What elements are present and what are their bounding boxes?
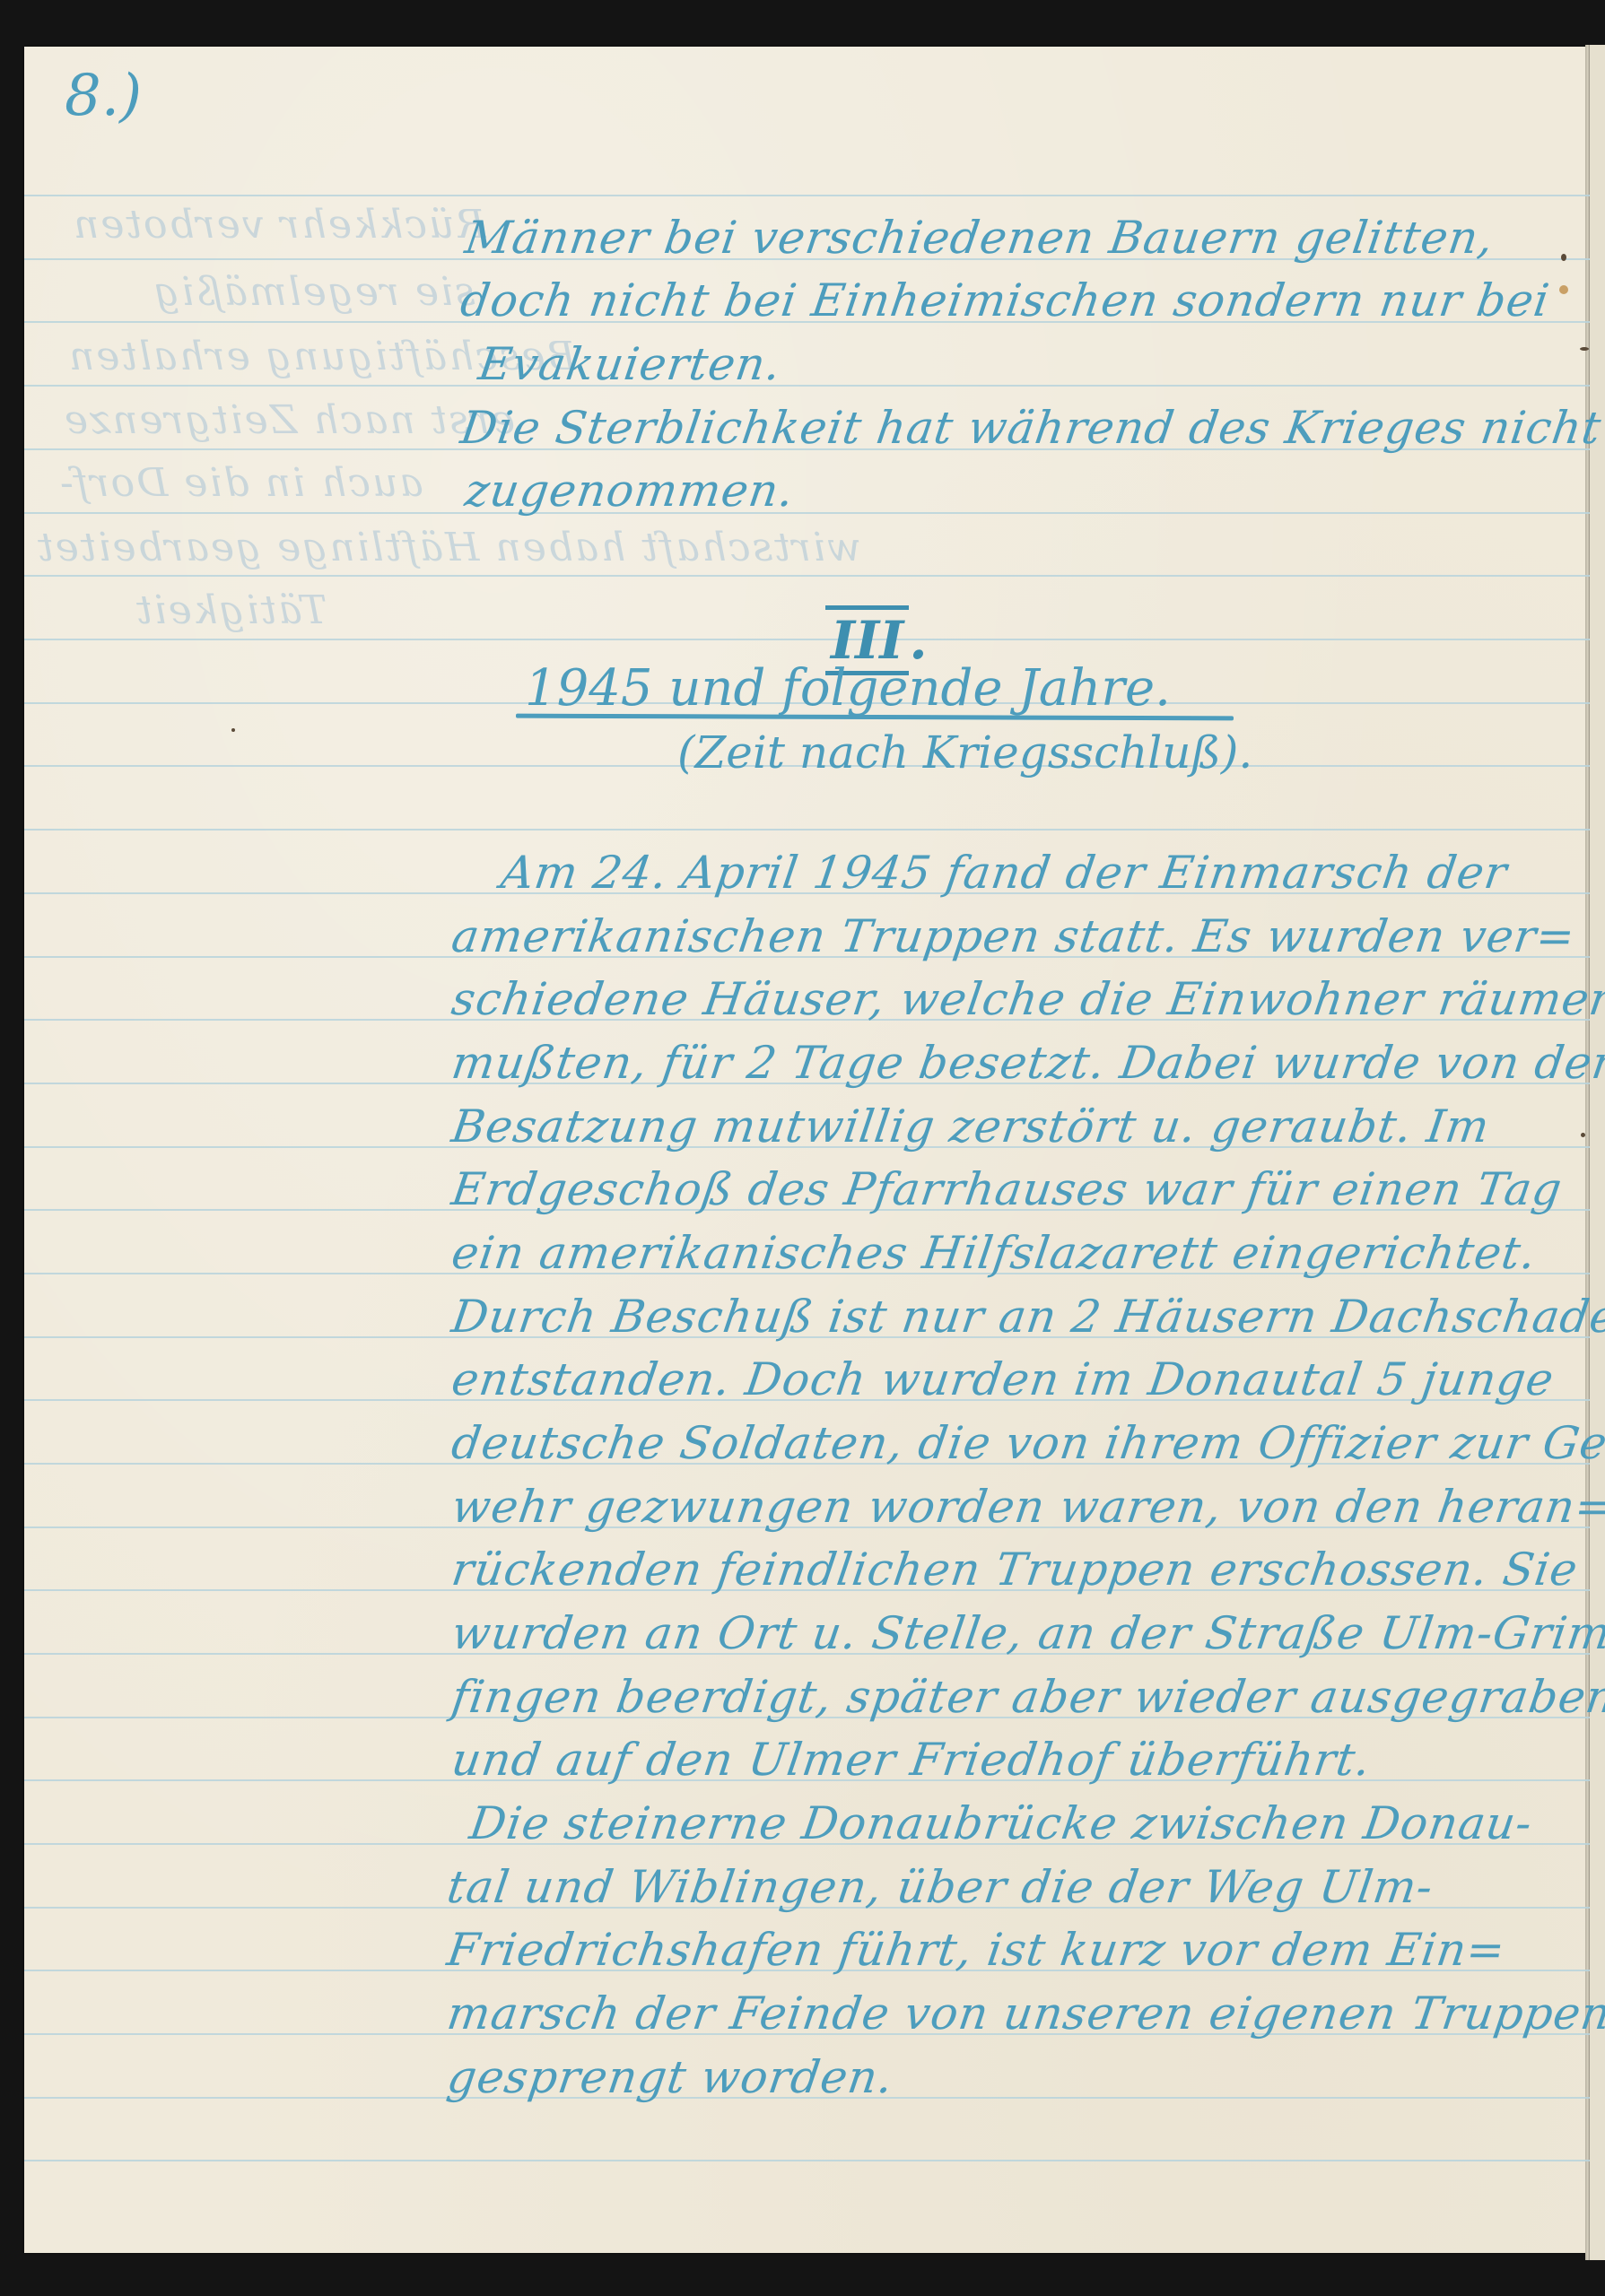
ruled-line	[24, 639, 1590, 640]
bleed-through-text: Rückkehr verboten	[72, 202, 485, 248]
bleed-through-text: erst nach Zeitgrenze	[63, 397, 515, 443]
text-line: doch nicht bei Einheimischen sondern nur…	[458, 274, 1553, 326]
text-line: tal und Wiblingen, über die der Weg Ulm-	[444, 1861, 1436, 1913]
text-line: entstanden. Doch wurden im Donautal 5 ju…	[449, 1353, 1557, 1405]
text-line: deutsche Soldaten, die von ihrem Offizie…	[449, 1417, 1605, 1469]
text-line: Evakuierten.	[475, 338, 784, 390]
text-line: marsch der Feinde von unseren eigenen Tr…	[444, 1987, 1605, 2039]
text-line: zugenommen.	[462, 465, 798, 517]
ruled-line	[24, 829, 1590, 831]
text-line: ein amerikanisches Hilfslazarett eingeri…	[449, 1227, 1540, 1279]
text-line: Friedrichshafen führt, ist kurz vor dem …	[444, 1924, 1509, 1976]
section-subtitle: (Zeit nach Kriegsschluß).	[677, 726, 1252, 778]
text-line: Die Sterblichkeit hat während des Kriege…	[458, 402, 1605, 454]
paper-speck	[1561, 254, 1566, 261]
facing-page-edge	[1590, 45, 1605, 2260]
ruled-line	[24, 2160, 1590, 2161]
bleed-through-text: auch in die Dorf-	[58, 460, 423, 506]
ruled-line	[24, 195, 1590, 196]
text-line: wurden an Ort u. Stelle, an der Straße U…	[449, 1607, 1605, 1659]
text-line: Am 24. April 1945 fand der Einmarsch der	[498, 847, 1511, 899]
ruled-line	[24, 512, 1590, 514]
text-line: schiedene Häuser, welche die Einwohner r…	[449, 973, 1605, 1025]
text-line: Die steinerne Donaubrücke zwischen Donau…	[467, 1797, 1536, 1849]
text-line: rückenden feindlichen Truppen erschossen…	[449, 1544, 1582, 1596]
text-line: wehr gezwungen worden waren, von den her…	[449, 1481, 1605, 1533]
text-line: gesprengt worden.	[444, 2051, 897, 2103]
text-line: Durch Beschuß ist nur an 2 Häusern Dachs…	[449, 1291, 1605, 1343]
ruled-line	[24, 385, 1590, 387]
paper-speck	[1581, 1133, 1585, 1137]
text-line: und auf den Ulmer Friedhof überführt.	[449, 1734, 1374, 1786]
text-line: amerikanischen Truppen statt. Es wurden …	[449, 910, 1579, 962]
text-line: Männer bei verschiedenen Bauern gelitten…	[462, 212, 1497, 264]
bleed-through-text: Tätigkeit	[135, 587, 327, 633]
text-line: Erdgeschoß des Pfarrhauses war für einen…	[449, 1163, 1566, 1215]
paper-speck	[1580, 347, 1589, 351]
bleed-through-text: wirtschaft haben Häftlinge gearbeitet	[36, 525, 861, 570]
paper-speck	[231, 728, 235, 732]
text-line: Besatzung mutwillig zerstört u. geraubt.…	[449, 1100, 1493, 1152]
text-line: fingen beerdigt, später aber wieder ausg…	[449, 1671, 1605, 1723]
section-title: 1945 und folgende Jahre.	[525, 659, 1171, 717]
paper-stain	[1559, 285, 1568, 294]
page-number: 8.)	[65, 63, 142, 129]
bleed-through-text: sie regelmäßig	[153, 269, 475, 315]
text-line: mußten, für 2 Tage besetzt. Dabei wurde …	[449, 1037, 1605, 1089]
ruled-line	[24, 575, 1590, 577]
